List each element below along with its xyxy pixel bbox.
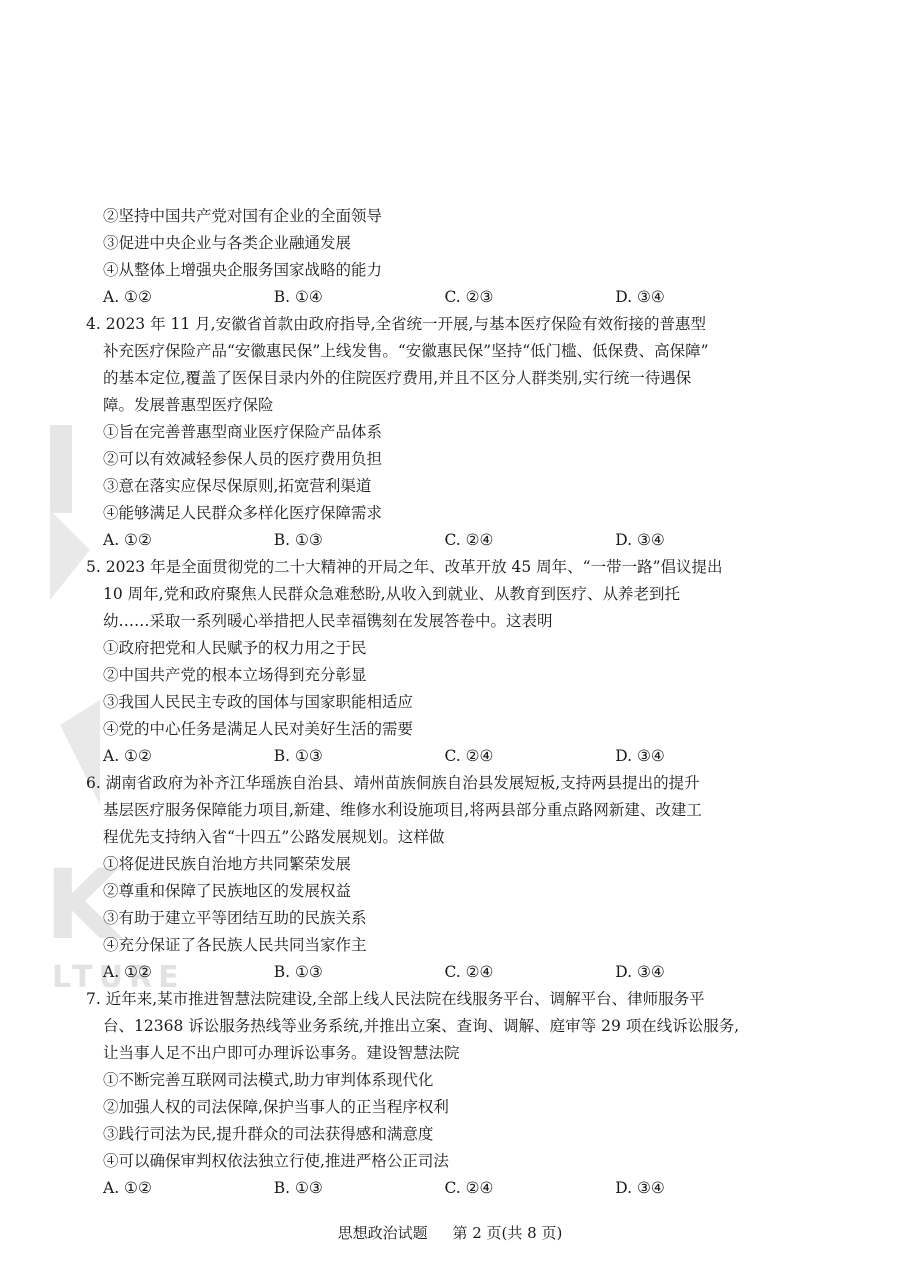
answer-a: A. ①② xyxy=(103,1175,274,1202)
option-3: ③意在落实应保尽保原则,拓宽营利渠道 xyxy=(86,473,786,500)
option-3: ③促进中央企业与各类企业融通发展 xyxy=(86,230,786,257)
option-2: ②可以有效减轻参保人员的医疗费用负担 xyxy=(86,446,786,473)
answer-b: B. ①③ xyxy=(274,743,445,770)
option-1: ①不断完善互联网司法模式,助力审判体系现代化 xyxy=(86,1067,786,1094)
option-1: ①将促进民族自治地方共同繁荣发展 xyxy=(86,851,786,878)
answer-c: C. ②③ xyxy=(445,284,616,311)
answer-c: C. ②④ xyxy=(445,959,616,986)
question-stem: 程优先支持纳入省“十四五”公路发展规划。这样做 xyxy=(86,824,786,851)
option-4: ④能够满足人民群众多样化医疗保障需求 xyxy=(86,500,786,527)
question-stem: 4. 2023 年 11 月,安徽省首款由政府指导,全省统一开展,与基本医疗保险… xyxy=(86,311,786,338)
answer-d: D. ③④ xyxy=(615,959,786,986)
option-3: ③有助于建立平等团结互助的民族关系 xyxy=(86,905,786,932)
answer-b: B. ①③ xyxy=(274,527,445,554)
answer-c: C. ②④ xyxy=(445,743,616,770)
question-stem: 5. 2023 年是全面贯彻党的二十大精神的开局之年、改革开放 45 周年、“一… xyxy=(86,554,786,581)
question-stem: 补充医疗保险产品“安徽惠民保”上线发售。“安徽惠民保”坚持“低门槛、低保费、高保… xyxy=(86,338,786,365)
page-footer: 思想政治试题 第 2 页(共 8 页) xyxy=(0,1222,900,1243)
answer-b: B. ①③ xyxy=(274,1175,445,1202)
answer-choices: A. ①② B. ①③ C. ②④ D. ③④ xyxy=(86,527,786,554)
option-3: ③践行司法为民,提升群众的司法获得感和满意度 xyxy=(86,1121,786,1148)
exam-subject: 思想政治试题 xyxy=(338,1224,428,1242)
question-stem: 的基本定位,覆盖了医保目录内外的住院医疗费用,并且不区分人群类别,实行统一待遇保 xyxy=(86,365,786,392)
answer-d: D. ③④ xyxy=(615,743,786,770)
option-4: ④党的中心任务是满足人民对美好生活的需要 xyxy=(86,716,786,743)
option-2: ②中国共产党的根本立场得到充分彰显 xyxy=(86,662,786,689)
question-stem: 基层医疗服务保障能力项目,新建、维修水利设施项目,将两县部分重点路网新建、改建工 xyxy=(86,797,786,824)
option-3: ③我国人民民主专政的国体与国家职能相适应 xyxy=(86,689,786,716)
question-stem: 台、12368 诉讼服务热线等业务系统,并推出立案、查询、调解、庭审等 29 项… xyxy=(86,1013,786,1040)
answer-a: A. ①② xyxy=(103,527,274,554)
option-1: ①政府把党和人民赋予的权力用之于民 xyxy=(86,635,786,662)
page-number: 第 2 页(共 8 页) xyxy=(452,1224,562,1242)
question-3-tail: ②坚持中国共产党对国有企业的全面领导 ③促进中央企业与各类企业融通发展 ④从整体… xyxy=(86,203,786,311)
question-stem: 10 周年,党和政府聚焦人民群众急难愁盼,从收入到就业、从教育到医疗、从养老到托 xyxy=(86,581,786,608)
watermark-shape xyxy=(50,425,72,513)
question-4: 4. 2023 年 11 月,安徽省首款由政府指导,全省统一开展,与基本医疗保险… xyxy=(86,311,786,554)
answer-d: D. ③④ xyxy=(615,527,786,554)
option-4: ④从整体上增强央企服务国家战略的能力 xyxy=(86,257,786,284)
option-2: ②加强人权的司法保障,保护当事人的正当程序权利 xyxy=(86,1094,786,1121)
question-7: 7. 近年来,某市推进智慧法院建设,全部上线人民法院在线服务平台、调解平台、律师… xyxy=(86,986,786,1202)
answer-choices: A. ①② B. ①④ C. ②③ D. ③④ xyxy=(86,284,786,311)
answer-b: B. ①④ xyxy=(274,284,445,311)
option-4: ④充分保证了各民族人民共同当家作主 xyxy=(86,932,786,959)
option-1: ①旨在完善普惠型商业医疗保险产品体系 xyxy=(86,419,786,446)
answer-choices: A. ①② B. ①③ C. ②④ D. ③④ xyxy=(86,743,786,770)
question-stem: 6. 湖南省政府为补齐江华瑶族自治县、靖州苗族侗族自治县发展短板,支持两县提出的… xyxy=(86,770,786,797)
option-4: ④可以确保审判权依法独立行使,推进严格公正司法 xyxy=(86,1148,786,1175)
answer-a: A. ①② xyxy=(103,959,274,986)
question-stem: 障。发展普惠型医疗保险 xyxy=(86,392,786,419)
answer-choices: A. ①② B. ①③ C. ②④ D. ③④ xyxy=(86,959,786,986)
answer-a: A. ①② xyxy=(103,284,274,311)
watermark-shape xyxy=(50,510,90,600)
answer-d: D. ③④ xyxy=(615,1175,786,1202)
question-stem: 让当事人足不出户即可办理诉讼事务。建设智慧法院 xyxy=(86,1040,786,1067)
answer-c: C. ②④ xyxy=(445,527,616,554)
question-stem: 幼……采取一系列暖心举措把人民幸福镌刻在发展答卷中。这表明 xyxy=(86,608,786,635)
question-5: 5. 2023 年是全面贯彻党的二十大精神的开局之年、改革开放 45 周年、“一… xyxy=(86,554,786,770)
exam-page-content: ②坚持中国共产党对国有企业的全面领导 ③促进中央企业与各类企业融通发展 ④从整体… xyxy=(86,203,786,1202)
answer-b: B. ①③ xyxy=(274,959,445,986)
option-2: ②坚持中国共产党对国有企业的全面领导 xyxy=(86,203,786,230)
answer-d: D. ③④ xyxy=(615,284,786,311)
answer-a: A. ①② xyxy=(103,743,274,770)
answer-c: C. ②④ xyxy=(445,1175,616,1202)
answer-choices: A. ①② B. ①③ C. ②④ D. ③④ xyxy=(86,1175,786,1202)
option-2: ②尊重和保障了民族地区的发展权益 xyxy=(86,878,786,905)
question-6: 6. 湖南省政府为补齐江华瑶族自治县、靖州苗族侗族自治县发展短板,支持两县提出的… xyxy=(86,770,786,986)
question-stem: 7. 近年来,某市推进智慧法院建设,全部上线人民法院在线服务平台、调解平台、律师… xyxy=(86,986,786,1013)
